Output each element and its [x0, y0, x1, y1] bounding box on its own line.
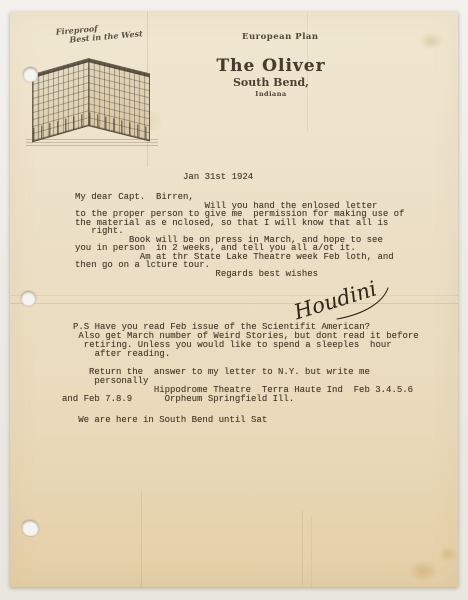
letter-body: My dear Capt. Birren, Will you hand the … — [75, 193, 404, 278]
letter-final-line: We are here in South Bend until Sat — [62, 415, 267, 425]
punch-hole-middle — [21, 291, 36, 306]
letter-date: Jan 31st 1924 — [183, 172, 253, 182]
punch-hole-bottom — [22, 520, 39, 536]
building-right-facade — [88, 58, 150, 141]
punch-hole-top — [23, 67, 38, 82]
stain-bottom-right-2 — [438, 546, 458, 562]
fold-crease-vertical-bottom-right — [302, 510, 303, 587]
fold-crease-vertical-bottom-left — [141, 490, 142, 587]
signature-svg: Houdini — [293, 280, 403, 336]
scanned-letter-photo: { "letterhead": { "tagline_line1": "Fire… — [0, 0, 468, 600]
european-plan-label: European Plan — [242, 32, 319, 42]
building-left-facade — [32, 58, 89, 142]
hotel-city: South Bend, — [186, 76, 356, 89]
signature-text: Houdini — [293, 280, 379, 325]
building-street-hatching — [26, 139, 158, 146]
stain-top-right — [418, 32, 444, 50]
houdini-signature: Houdini — [293, 280, 403, 336]
letterhead-tagline: Fireproof Best in the West — [55, 20, 143, 44]
fold-crease-vertical-bottom-right2 — [311, 517, 312, 587]
hotel-state: Indiana — [186, 90, 356, 98]
stain-bottom-right-1 — [408, 560, 438, 582]
hotel-name: The Oliver — [186, 56, 356, 76]
letter-itinerary: Return the answer to my letter to N.Y. b… — [62, 368, 413, 404]
letter-page: Fireproof Best in the West European Plan… — [10, 12, 458, 587]
hotel-building-engraving — [32, 50, 154, 146]
